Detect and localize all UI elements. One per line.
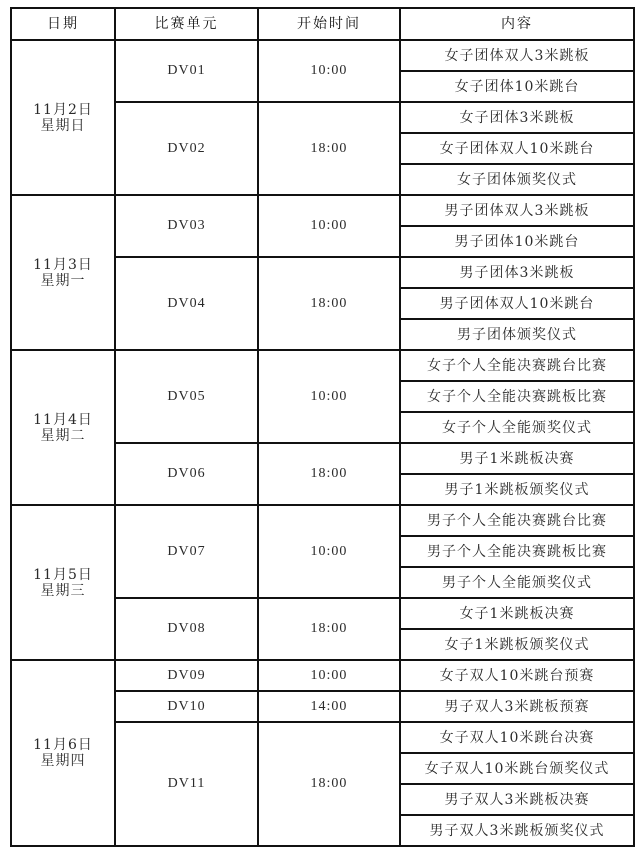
event-cell: 男子个人全能颁奖仪式 [400,567,634,598]
event-cell: 女子1米跳板颁奖仪式 [400,629,634,660]
time-cell: 18:00 [258,443,400,505]
event-cell: 女子团体双人10米跳台 [400,133,634,164]
table-row: 11月2日 星期日 DV01 10:00 女子团体双人3米跳板 [11,40,634,71]
date-cell: 11月5日 星期三 [11,505,115,660]
time-cell: 18:00 [258,598,400,660]
table-row: 11月6日 星期四 DV09 10:00 女子双人10米跳台预赛 [11,660,634,691]
unit-cell: DV06 [115,443,258,505]
weekday-label: 星期三 [12,583,114,599]
event-cell: 女子团体3米跳板 [400,102,634,133]
time-cell: 14:00 [258,691,400,722]
header-content: 内容 [400,8,634,40]
event-cell: 男子团体双人10米跳台 [400,288,634,319]
weekday-label: 星期日 [12,118,114,134]
unit-cell: DV09 [115,660,258,691]
event-cell: 女子双人10米跳台预赛 [400,660,634,691]
time-cell: 10:00 [258,350,400,443]
date-cell: 11月4日 星期二 [11,350,115,505]
event-cell: 男子团体双人3米跳板 [400,195,634,226]
event-cell: 女子个人全能决赛跳台比赛 [400,350,634,381]
event-cell: 女子团体10米跳台 [400,71,634,102]
weekday-label: 星期二 [12,428,114,444]
time-cell: 18:00 [258,722,400,846]
event-cell: 男子双人3米跳板决赛 [400,784,634,815]
header-row: 日期 比赛单元 开始时间 内容 [11,8,634,40]
event-cell: 女子1米跳板决赛 [400,598,634,629]
event-cell: 男子1米跳板决赛 [400,443,634,474]
header-unit: 比赛单元 [115,8,258,40]
event-cell: 女子双人10米跳台颁奖仪式 [400,753,634,784]
date-cell: 11月2日 星期日 [11,40,115,195]
date-cell: 11月6日 星期四 [11,660,115,846]
date-label: 11月4日 [12,412,114,428]
date-label: 11月6日 [12,737,114,753]
event-cell: 男子个人全能决赛跳板比赛 [400,536,634,567]
weekday-label: 星期四 [12,753,114,769]
event-cell: 女子个人全能决赛跳板比赛 [400,381,634,412]
header-start-time: 开始时间 [258,8,400,40]
event-cell: 男子团体3米跳板 [400,257,634,288]
time-cell: 10:00 [258,505,400,598]
unit-cell: DV11 [115,722,258,846]
event-cell: 女子双人10米跳台决赛 [400,722,634,753]
time-cell: 18:00 [258,257,400,350]
date-cell: 11月3日 星期一 [11,195,115,350]
unit-cell: DV10 [115,691,258,722]
table-row: 11月5日 星期三 DV07 10:00 男子个人全能决赛跳台比赛 [11,505,634,536]
event-cell: 男子团体10米跳台 [400,226,634,257]
event-cell: 男子双人3米跳板预赛 [400,691,634,722]
unit-cell: DV03 [115,195,258,257]
event-cell: 男子个人全能决赛跳台比赛 [400,505,634,536]
unit-cell: DV02 [115,102,258,195]
weekday-label: 星期一 [12,273,114,289]
diving-schedule-table: 日期 比赛单元 开始时间 内容 11月2日 星期日 DV01 10:00 女子团… [10,7,635,847]
unit-cell: DV01 [115,40,258,102]
event-cell: 男子1米跳板颁奖仪式 [400,474,634,505]
table-row: 11月3日 星期一 DV03 10:00 男子团体双人3米跳板 [11,195,634,226]
unit-cell: DV05 [115,350,258,443]
unit-cell: DV04 [115,257,258,350]
time-cell: 10:00 [258,195,400,257]
date-label: 11月5日 [12,567,114,583]
date-label: 11月2日 [12,102,114,118]
header-date: 日期 [11,8,115,40]
date-label: 11月3日 [12,257,114,273]
unit-cell: DV08 [115,598,258,660]
event-cell: 女子个人全能颁奖仪式 [400,412,634,443]
time-cell: 18:00 [258,102,400,195]
event-cell: 女子团体颁奖仪式 [400,164,634,195]
event-cell: 男子双人3米跳板颁奖仪式 [400,815,634,846]
table-row: 11月4日 星期二 DV05 10:00 女子个人全能决赛跳台比赛 [11,350,634,381]
time-cell: 10:00 [258,660,400,691]
event-cell: 男子团体颁奖仪式 [400,319,634,350]
unit-cell: DV07 [115,505,258,598]
time-cell: 10:00 [258,40,400,102]
event-cell: 女子团体双人3米跳板 [400,40,634,71]
